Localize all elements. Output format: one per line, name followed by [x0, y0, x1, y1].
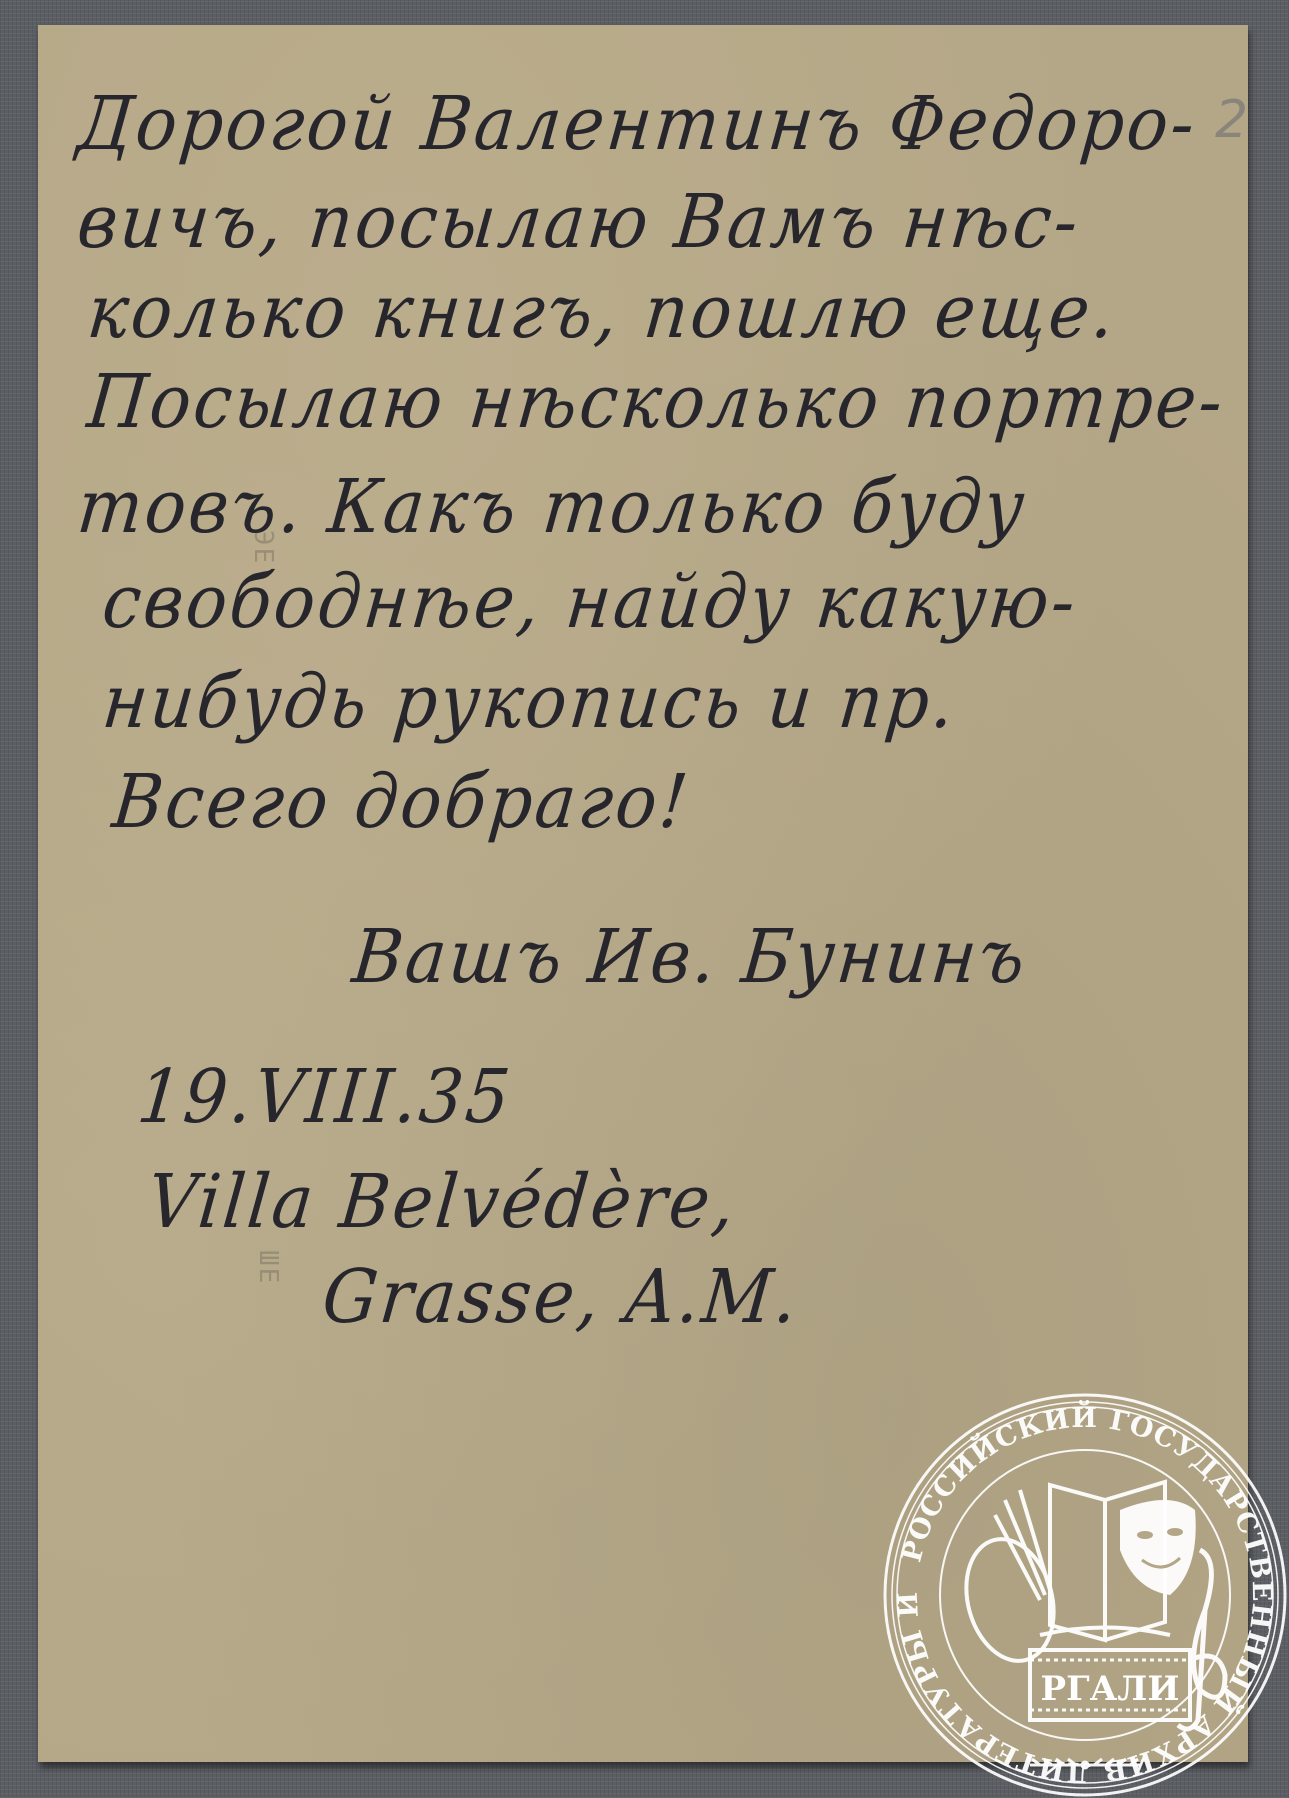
theater-mask-icon	[1120, 1500, 1196, 1595]
letter-line-6: свободнѣе, найду какую-	[99, 565, 1080, 639]
letter-line-1: Дорогой Валентинъ Федоро-	[74, 87, 1200, 161]
letter-line-3: колько книгъ, пошлю еще.	[84, 275, 1120, 349]
date: 19.VIII.35	[134, 1060, 515, 1134]
archive-seal-icon: РОССИЙСКИЙ ГОСУДАРСТВЕННЫЙ АРХИВ ЛИТЕРАТ…	[880, 1390, 1289, 1798]
archive-stamp: РОССИЙСКИЙ ГОСУДАРСТВЕННЫЙ АРХИВ ЛИТЕРАТ…	[880, 1390, 1289, 1798]
bleed-through-mark: ШЕ	[253, 1250, 283, 1285]
bleed-through-mark: ЭЕ	[248, 530, 278, 565]
stamp-center-text: РГАЛИ	[1041, 1669, 1180, 1709]
svg-text:РОССИЙСКИЙ ГОСУДАРСТВЕННЫЙ АРХ: РОССИЙСКИЙ ГОСУДАРСТВЕННЫЙ АРХИВ ЛИТЕРАТ…	[867, 1366, 1277, 1787]
address-line-1: Villa Belvédère,	[144, 1165, 740, 1239]
letter-line-8: Всего добраго!	[109, 765, 693, 839]
signature: Вашъ Ив. Бунинъ	[349, 920, 1030, 994]
letter-line-7: нибудь рукопись и пр.	[99, 665, 960, 739]
address-line-2: Grasse, A.M.	[319, 1260, 802, 1334]
letter-line-4: Посылаю нѣсколько портре-	[84, 365, 1228, 439]
letter-line-5: товъ. Какъ только буду	[74, 470, 1030, 544]
stamp-circle-text: РОССИЙСКИЙ ГОСУДАРСТВЕННЫЙ АРХИВ ЛИТЕРАТ…	[867, 1366, 1277, 1787]
letter-line-2: вичъ, посылаю Вамъ нѣс-	[74, 185, 1083, 259]
page-number: 2	[1215, 90, 1248, 150]
